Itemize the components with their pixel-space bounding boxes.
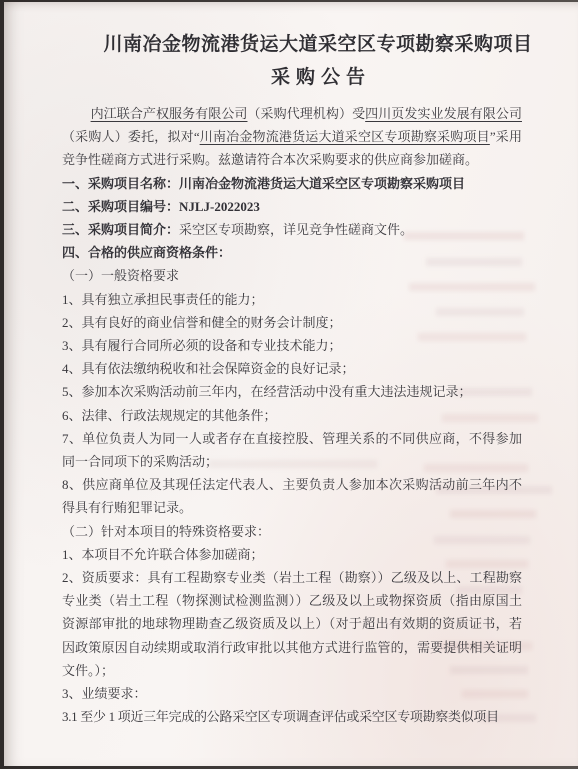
text-segment: 四、合格的供应商资格条件： [62,245,231,260]
title-block: 川南冶金物流港货运大道采空区专项勘察采购项目 采购公告 [88,32,548,90]
text-segment: 内江联合产权服务有限公司 [91,106,248,121]
text-segment: 采空区专项勘察，详见竞争性磋商文件。 [179,222,413,237]
paragraph-special-req-3-performance: 3、业绩要求： [62,682,522,705]
document-title: 川南冶金物流港货运大道采空区专项勘察采购项目 [88,32,548,58]
text-segment: 一、采购项目名称：川南冶金物流港货运大道采空区专项勘察采购项目 [62,176,465,191]
scanned-page: 川南冶金物流港货运大道采空区专项勘察采购项目 采购公告 内江联合产权服务有限公司… [4,2,578,766]
paragraph-general-requirements-heading: （一）一般资格要求 [62,264,522,287]
page-content: 川南冶金物流港货运大道采空区专项勘察采购项目 采购公告 内江联合产权服务有限公司… [62,32,522,728]
paragraph-section-4-supplier-qualification: 四、合格的供应商资格条件： [62,241,522,264]
text-segment: 5、参加本次采购活动前三年内，在经营活动中没有重大违法违规记录； [62,384,472,399]
paragraph-special-req-3-1: 3.1 至少 1 项近三年完成的公路采空区专项调查评估或采空区专项勘察类似项目 [62,705,522,728]
text-segment: 四川页发实业发展有限公司 [365,106,522,121]
text-segment: 2、具有良好的商业信誉和健全的财务会计制度； [62,315,342,330]
scan-frame: 川南冶金物流港货运大道采空区专项勘察采购项目 采购公告 内江联合产权服务有限公司… [0,0,578,769]
text-segment: 3、业绩要求： [62,686,147,701]
text-segment: 1、本项目不允许联合体参加磋商； [62,547,264,562]
text-segment: 1、具有独立承担民事责任的能力； [62,292,264,307]
document-body: 内江联合产权服务有限公司（采购代理机构）受四川页发实业发展有限公司（采购人）委托… [62,102,522,728]
text-segment: 2、资质要求：具有工程勘察专业类（岩土工程（勘察））乙级及以上、工程勘察专业类（… [62,570,522,678]
paragraph-special-requirements-heading: （二）针对本项目的特殊资格要求： [62,520,522,543]
text-segment: 3.1 至少 1 项近三年完成的公路采空区专项调查评估或采空区专项勘察类似项目 [62,709,499,724]
text-segment: （一）一般资格要求 [62,268,179,283]
text-segment: 4、具有依法缴纳税收和社会保障资金的良好记录； [62,361,355,376]
text-segment: 8、供应商单位及其现任法定代表人、主要负责人参加本次采购活动前三年内不得具有行贿… [62,477,522,515]
text-segment: （采购代理机构）受 [247,106,365,121]
paragraph-section-1-project-name: 一、采购项目名称：川南冶金物流港货运大道采空区专项勘察采购项目 [62,172,522,195]
paragraph-section-3-project-brief: 三、采购项目简介：采空区专项勘察，详见竞争性磋商文件。 [62,218,522,241]
text-segment: 6、法律、行政法规规定的其他条件； [62,408,277,423]
paragraph-general-req-5: 5、参加本次采购活动前三年内，在经营活动中没有重大违法违规记录； [62,380,522,403]
paragraph-general-req-1: 1、具有独立承担民事责任的能力； [62,288,522,311]
paragraph-general-req-3: 3、具有履行合同所必须的设备和专业技术能力； [62,334,522,357]
paragraph-intro: 内江联合产权服务有限公司（采购代理机构）受四川页发实业发展有限公司（采购人）委托… [62,102,522,172]
paragraph-general-req-6: 6、法律、行政法规规定的其他条件； [62,404,522,427]
text-segment: 三、采购项目简介： [62,222,179,237]
paragraph-section-2-project-number: 二、采购项目编号：NJLJ-2022023 [62,195,522,218]
paragraph-general-req-7: 7、单位负责人为同一人或者存在直接控股、管理关系的不同供应商，不得参加同一合同项… [62,427,522,473]
document-subtitle: 采购公告 [88,66,548,90]
paragraph-general-req-8: 8、供应商单位及其现任法定代表人、主要负责人参加本次采购活动前三年内不得具有行贿… [62,473,522,519]
paragraph-special-req-1: 1、本项目不允许联合体参加磋商； [62,543,522,566]
text-segment: （采购人）委托，拟对“ [62,129,200,144]
paragraph-general-req-4: 4、具有依法缴纳税收和社会保障资金的良好记录； [62,357,522,380]
paragraph-special-req-2: 2、资质要求：具有工程勘察专业类（岩土工程（勘察））乙级及以上、工程勘察专业类（… [62,566,522,682]
text-segment: 7、单位负责人为同一人或者存在直接控股、管理关系的不同供应商，不得参加同一合同项… [62,431,522,469]
text-segment: （二）针对本项目的特殊资格要求： [62,524,270,539]
text-segment: 川南冶金物流港货运大道采空区专项勘察采购项目 [200,129,490,144]
paragraph-general-req-2: 2、具有良好的商业信誉和健全的财务会计制度； [62,311,522,334]
text-segment: 3、具有履行合同所必须的设备和专业技术能力； [62,338,342,353]
text-segment: 二、采购项目编号：NJLJ-2022023 [62,199,260,214]
